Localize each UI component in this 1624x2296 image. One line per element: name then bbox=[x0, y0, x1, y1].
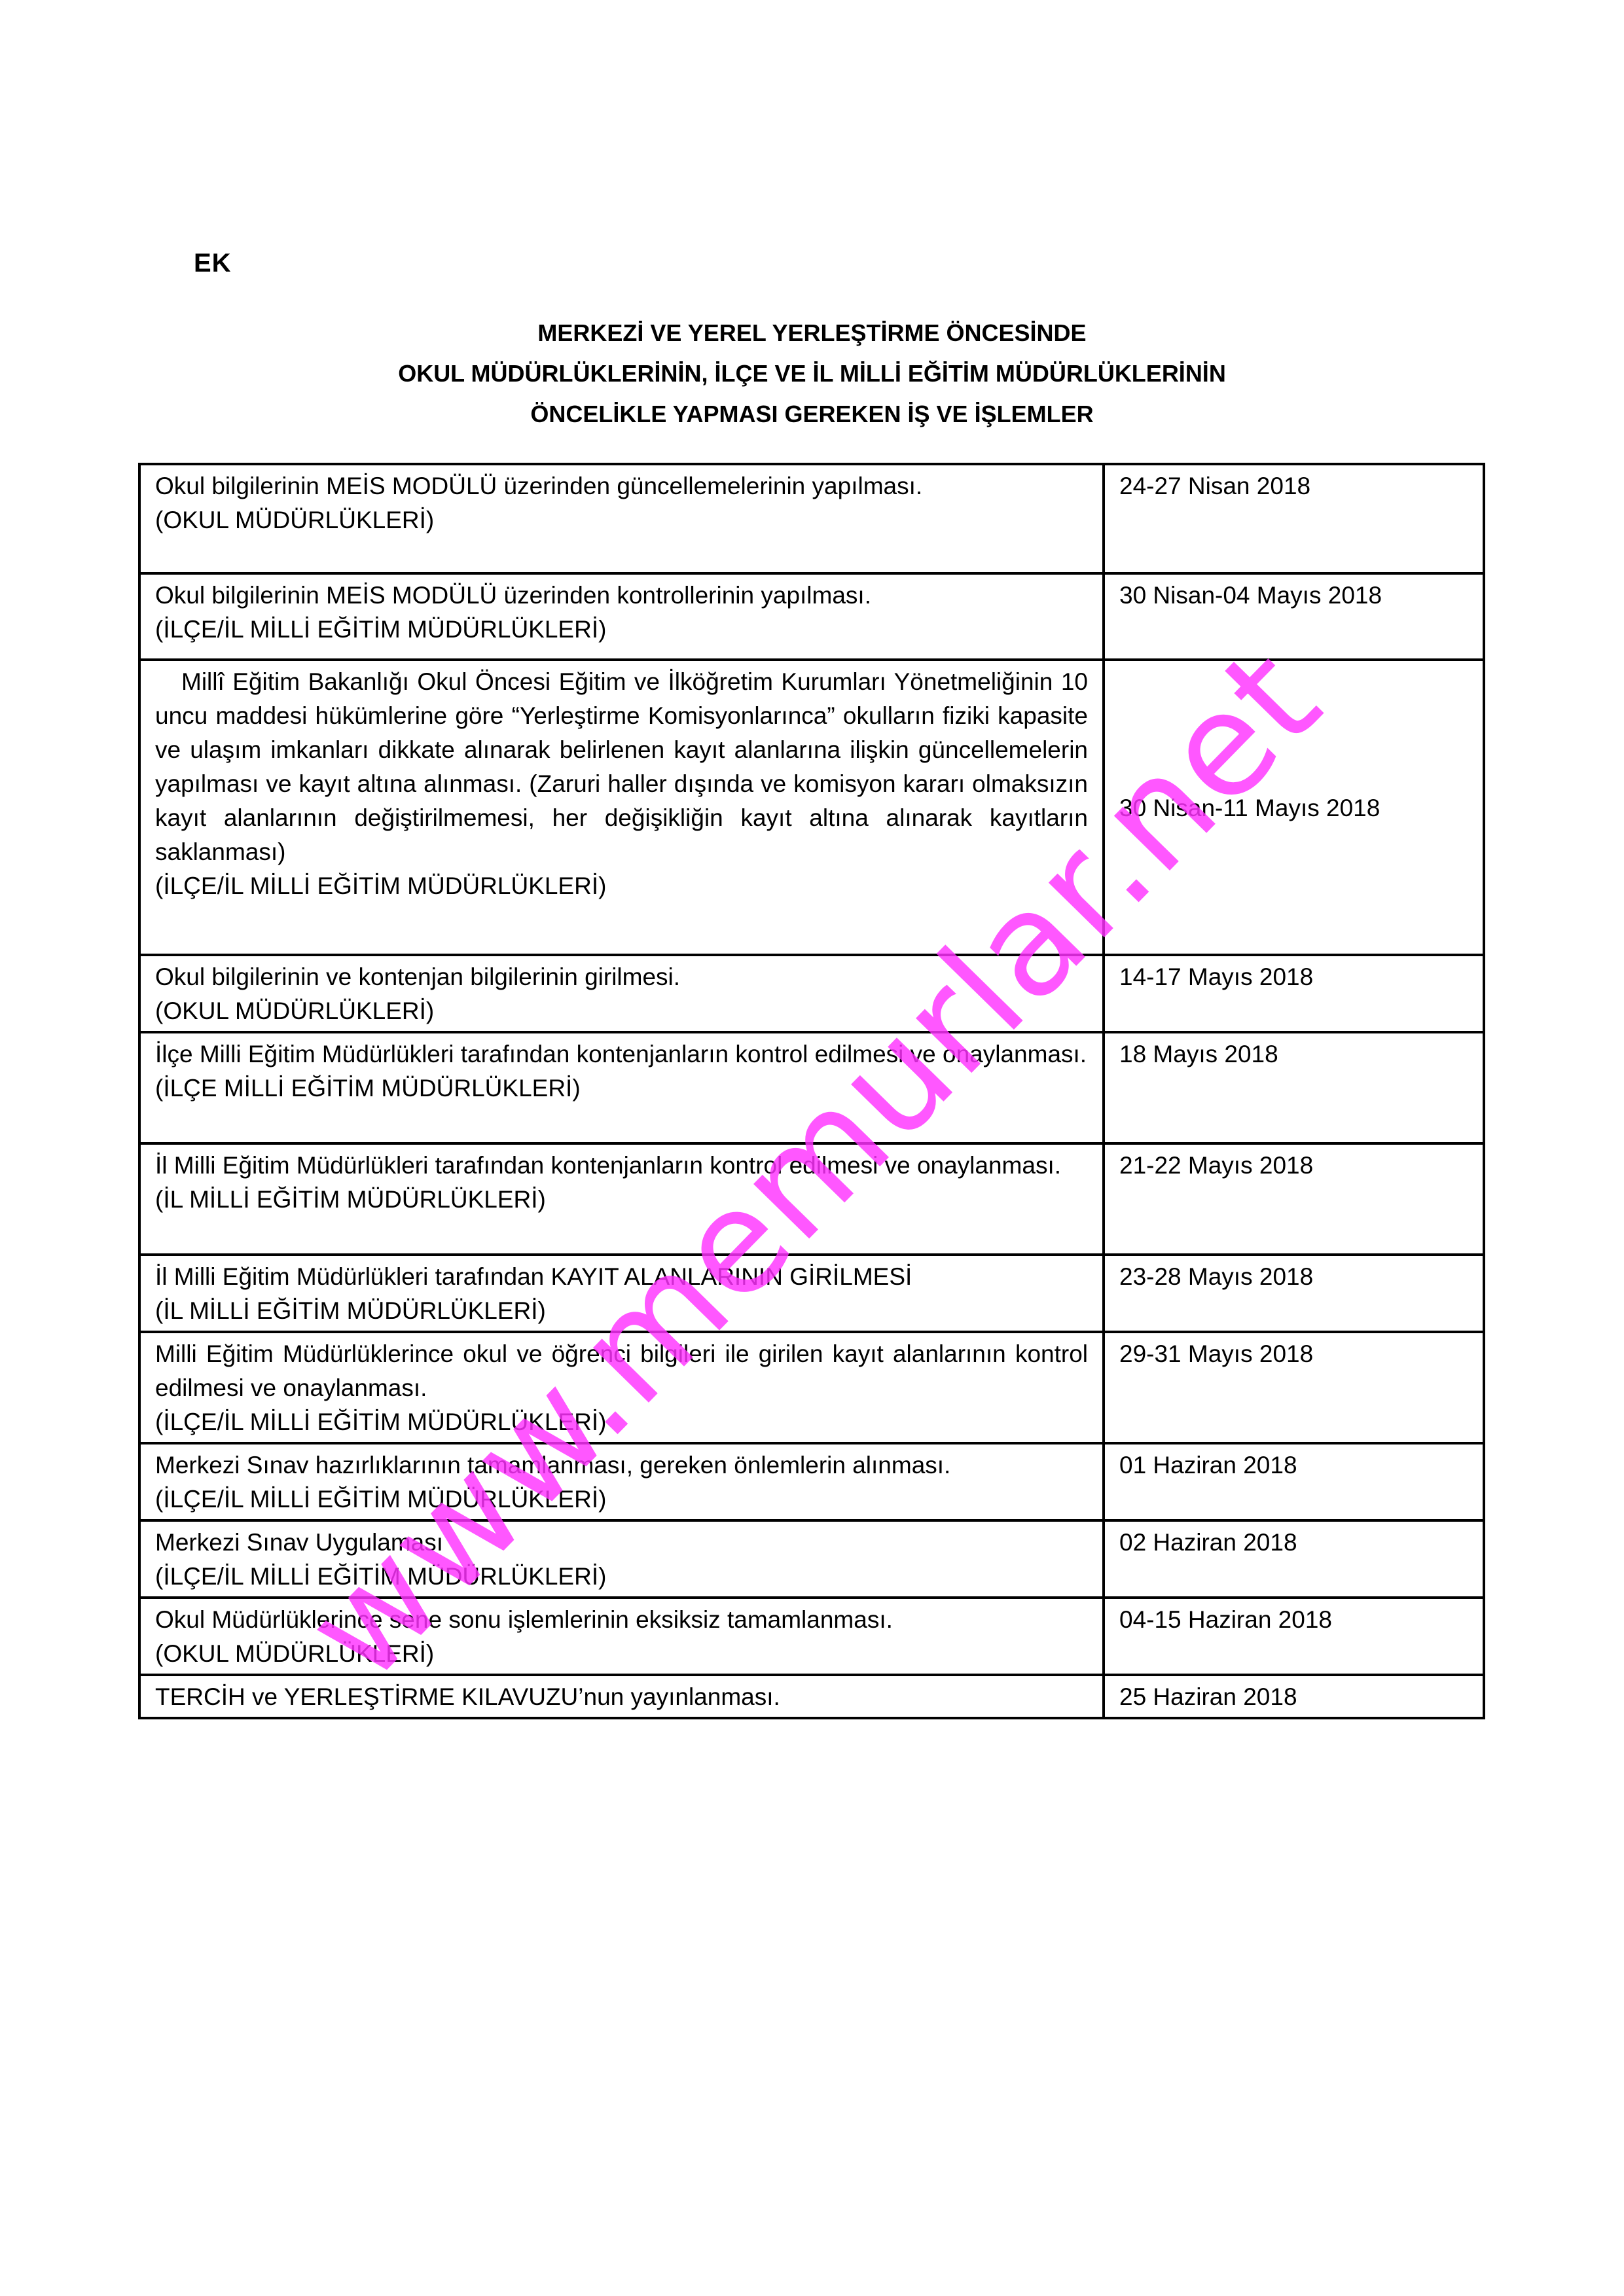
task-cell: Okul bilgilerinin MEİS MODÜLÜ üzerinden … bbox=[139, 573, 1104, 660]
date-cell: 21-22 Mayıs 2018 bbox=[1104, 1143, 1484, 1255]
task-cell: Merkezi Sınav Uygulaması(İLÇE/İL MİLLİ E… bbox=[139, 1520, 1104, 1598]
schedule-row: Okul bilgilerinin MEİS MODÜLÜ üzerinden … bbox=[139, 573, 1484, 660]
task-description: Merkezi Sınav Uygulaması bbox=[155, 1526, 1088, 1560]
title-line-1: MERKEZİ VE YEREL YERLEŞTİRME ÖNCESİNDE bbox=[0, 313, 1624, 353]
date-cell: 18 Mayıs 2018 bbox=[1104, 1032, 1484, 1143]
date-cell: 01 Haziran 2018 bbox=[1104, 1443, 1484, 1520]
task-description: İlçe Milli Eğitim Müdürlükleri tarafında… bbox=[155, 1037, 1088, 1071]
schedule-row: Merkezi Sınav Uygulaması(İLÇE/İL MİLLİ E… bbox=[139, 1520, 1484, 1598]
schedule-row: TERCİH ve YERLEŞTİRME KILAVUZU’nun yayın… bbox=[139, 1675, 1484, 1718]
responsible-unit: (İLÇE/İL MİLLİ EĞİTİM MÜDÜRLÜKLERİ) bbox=[155, 1560, 1088, 1594]
task-cell: Okul Müdürlüklerince sene sonu işlemleri… bbox=[139, 1598, 1104, 1675]
task-cell: İl Milli Eğitim Müdürlükleri tarafından … bbox=[139, 1143, 1104, 1255]
task-description: İl Milli Eğitim Müdürlükleri tarafından … bbox=[155, 1260, 1088, 1294]
responsible-unit: (OKUL MÜDÜRLÜKLERİ) bbox=[155, 1637, 1088, 1671]
date-cell: 25 Haziran 2018 bbox=[1104, 1675, 1484, 1718]
task-description: Okul bilgilerinin ve kontenjan bilgileri… bbox=[155, 960, 1088, 994]
schedule-row: Milli Eğitim Müdürlüklerince okul ve öğr… bbox=[139, 1332, 1484, 1443]
schedule-row: İl Milli Eğitim Müdürlükleri tarafından … bbox=[139, 1143, 1484, 1255]
date-cell: 04-15 Haziran 2018 bbox=[1104, 1598, 1484, 1675]
task-description: Millî Eğitim Bakanlığı Okul Öncesi Eğiti… bbox=[155, 665, 1088, 869]
schedule-table: Okul bilgilerinin MEİS MODÜLÜ üzerinden … bbox=[138, 463, 1485, 1719]
task-cell: Okul bilgilerinin ve kontenjan bilgileri… bbox=[139, 955, 1104, 1032]
task-description: Okul bilgilerinin MEİS MODÜLÜ üzerinden … bbox=[155, 579, 1088, 613]
document-title: MERKEZİ VE YEREL YERLEŞTİRME ÖNCESİNDE O… bbox=[0, 313, 1624, 435]
schedule-row: Okul bilgilerinin MEİS MODÜLÜ üzerinden … bbox=[139, 464, 1484, 573]
responsible-unit: (İLÇE MİLLİ EĞİTİM MÜDÜRLÜKLERİ) bbox=[155, 1071, 1088, 1105]
task-description: Merkezi Sınav hazırlıklarının tamamlanma… bbox=[155, 1448, 1088, 1482]
task-description: Okul bilgilerinin MEİS MODÜLÜ üzerinden … bbox=[155, 469, 1088, 503]
task-cell: İl Milli Eğitim Müdürlükleri tarafından … bbox=[139, 1255, 1104, 1332]
responsible-unit: (İLÇE/İL MİLLİ EĞİTİM MÜDÜRLÜKLERİ) bbox=[155, 869, 1088, 903]
date-cell: 14-17 Mayıs 2018 bbox=[1104, 955, 1484, 1032]
responsible-unit: (İLÇE/İL MİLLİ EĞİTİM MÜDÜRLÜKLERİ) bbox=[155, 1482, 1088, 1516]
date-cell: 24-27 Nisan 2018 bbox=[1104, 464, 1484, 573]
schedule-row: Okul Müdürlüklerince sene sonu işlemleri… bbox=[139, 1598, 1484, 1675]
schedule-row: Merkezi Sınav hazırlıklarının tamamlanma… bbox=[139, 1443, 1484, 1520]
schedule-row: Okul bilgilerinin ve kontenjan bilgileri… bbox=[139, 955, 1484, 1032]
date-cell: 30 Nisan-11 Mayıs 2018 bbox=[1104, 660, 1484, 955]
title-line-2: OKUL MÜDÜRLÜKLERİNİN, İLÇE VE İL MİLLİ E… bbox=[0, 353, 1624, 394]
responsible-unit: (İLÇE/İL MİLLİ EĞİTİM MÜDÜRLÜKLERİ) bbox=[155, 1405, 1088, 1439]
responsible-unit: (İL MİLLİ EĞİTİM MÜDÜRLÜKLERİ) bbox=[155, 1183, 1088, 1217]
task-description: Okul Müdürlüklerince sene sonu işlemleri… bbox=[155, 1603, 1088, 1637]
date-cell: 02 Haziran 2018 bbox=[1104, 1520, 1484, 1598]
date-cell: 23-28 Mayıs 2018 bbox=[1104, 1255, 1484, 1332]
task-cell: Milli Eğitim Müdürlüklerince okul ve öğr… bbox=[139, 1332, 1104, 1443]
responsible-unit: (İL MİLLİ EĞİTİM MÜDÜRLÜKLERİ) bbox=[155, 1294, 1088, 1328]
schedule-row: Millî Eğitim Bakanlığı Okul Öncesi Eğiti… bbox=[139, 660, 1484, 955]
task-cell: Merkezi Sınav hazırlıklarının tamamlanma… bbox=[139, 1443, 1104, 1520]
task-description: İl Milli Eğitim Müdürlükleri tarafından … bbox=[155, 1149, 1088, 1183]
date-cell: 29-31 Mayıs 2018 bbox=[1104, 1332, 1484, 1443]
date-cell: 30 Nisan-04 Mayıs 2018 bbox=[1104, 573, 1484, 660]
task-description: Milli Eğitim Müdürlüklerince okul ve öğr… bbox=[155, 1337, 1088, 1405]
responsible-unit: (OKUL MÜDÜRLÜKLERİ) bbox=[155, 994, 1088, 1028]
responsible-unit: (İLÇE/İL MİLLİ EĞİTİM MÜDÜRLÜKLERİ) bbox=[155, 613, 1088, 647]
annex-label: EK bbox=[194, 249, 232, 278]
schedule-row: İlçe Milli Eğitim Müdürlükleri tarafında… bbox=[139, 1032, 1484, 1143]
responsible-unit: (OKUL MÜDÜRLÜKLERİ) bbox=[155, 503, 1088, 537]
task-cell: İlçe Milli Eğitim Müdürlükleri tarafında… bbox=[139, 1032, 1104, 1143]
task-description: TERCİH ve YERLEŞTİRME KILAVUZU’nun yayın… bbox=[155, 1680, 1088, 1714]
title-line-3: ÖNCELİKLE YAPMASI GEREKEN İŞ VE İŞLEMLER bbox=[0, 394, 1624, 435]
schedule-row: İl Milli Eğitim Müdürlükleri tarafından … bbox=[139, 1255, 1484, 1332]
task-cell: Okul bilgilerinin MEİS MODÜLÜ üzerinden … bbox=[139, 464, 1104, 573]
task-cell: Millî Eğitim Bakanlığı Okul Öncesi Eğiti… bbox=[139, 660, 1104, 955]
task-cell: TERCİH ve YERLEŞTİRME KILAVUZU’nun yayın… bbox=[139, 1675, 1104, 1718]
